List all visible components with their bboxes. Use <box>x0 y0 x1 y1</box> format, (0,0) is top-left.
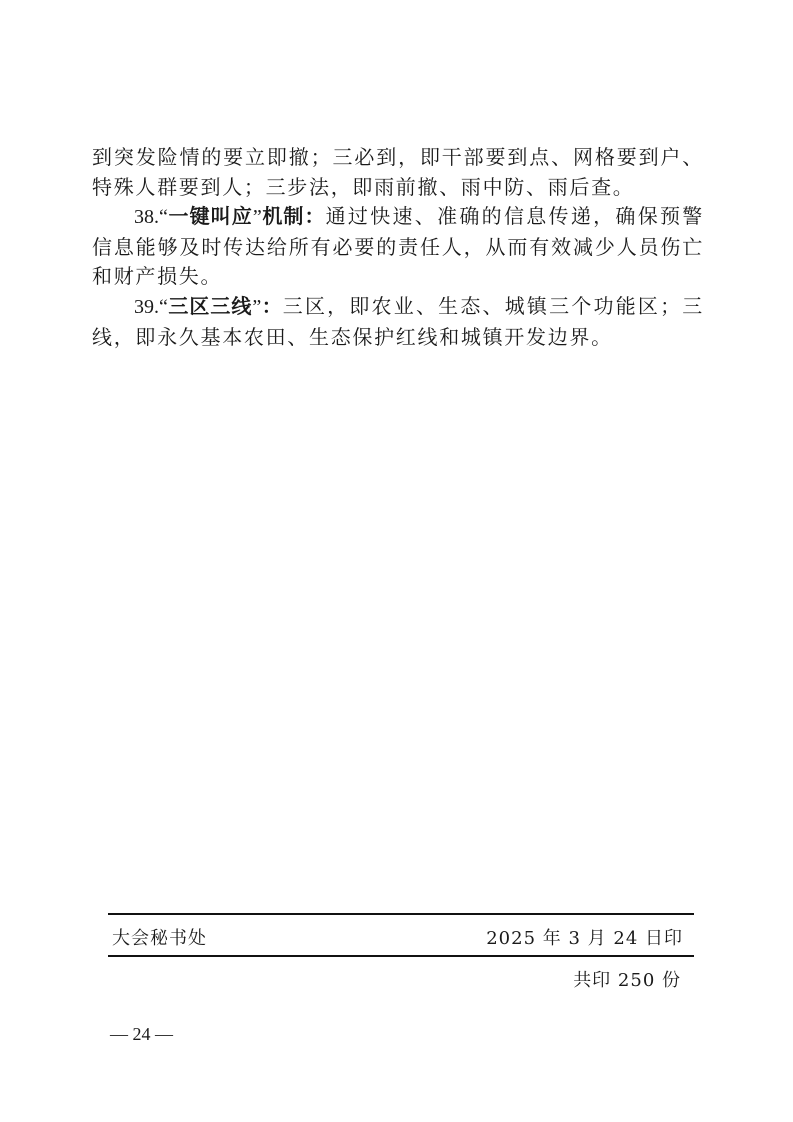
glossary-item-38: 38.“一键叫应”机制：通过快速、准确的信息传递，确保预警信息能够及时传达给所有… <box>92 202 704 292</box>
close-quote: ” <box>253 206 262 228</box>
item-number: 39. <box>134 296 159 318</box>
item-term-suffix: 机制： <box>262 204 326 228</box>
item-term-suffix: ： <box>261 294 283 318</box>
open-quote: “ <box>159 206 168 228</box>
footer-copies: 共印 250 份 <box>573 966 681 992</box>
footer-top-rule <box>108 913 694 915</box>
item-term: 一键叫应 <box>168 204 253 228</box>
document-body: 到突发险情的要立即撤；三必到，即干部要到点、网格要到户、特殊人群要到人；三步法，… <box>92 143 704 352</box>
item-number: 38. <box>134 206 159 228</box>
footer-bottom-rule <box>108 955 694 957</box>
continued-paragraph: 到突发险情的要立即撤；三必到，即干部要到点、网格要到户、特殊人群要到人；三步法，… <box>92 143 704 202</box>
item-term: 三区三线 <box>168 294 252 318</box>
footer-print-date: 2025 年 3 月 24 日印 <box>486 924 683 950</box>
footer-issuer: 大会秘书处 <box>112 924 207 950</box>
paragraph-text: 到突发险情的要立即撤；三必到，即干部要到点、网格要到户、特殊人群要到人；三步法，… <box>92 145 704 199</box>
glossary-item-39: 39.“三区三线”：三区，即农业、生态、城镇三个功能区；三线，即永久基本农田、生… <box>92 292 704 352</box>
page-number: — 24 — <box>110 1024 173 1045</box>
open-quote: “ <box>159 296 168 318</box>
close-quote: ” <box>252 296 261 318</box>
